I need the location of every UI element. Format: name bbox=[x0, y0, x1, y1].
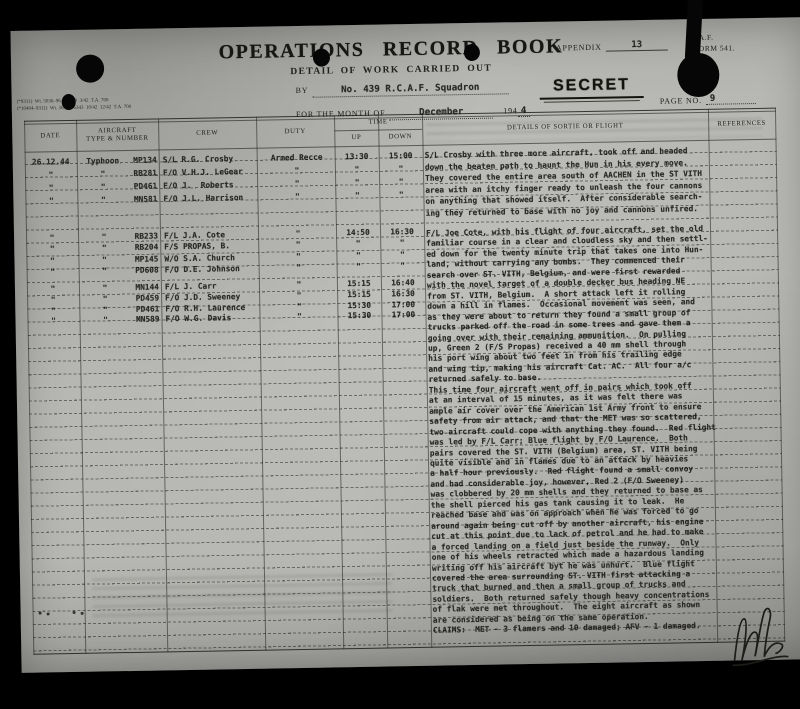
col-header-crew: Crew bbox=[158, 117, 257, 150]
col-header-duty: Duty bbox=[256, 115, 335, 147]
secret-stamp: SECRET bbox=[531, 76, 651, 96]
photographed-document: { "header": { "title": "OPERATIONS RECOR… bbox=[0, 0, 800, 709]
record-book-page: (*9311) Wt. 5036–96 66,000 3/42 T.A. 700… bbox=[10, 17, 800, 673]
form-number: A.F.ORM 541. bbox=[699, 31, 785, 54]
col-header-date: Date bbox=[24, 120, 77, 152]
ink-speck bbox=[47, 612, 50, 615]
ink-speck bbox=[39, 612, 42, 615]
bleed-through-text bbox=[92, 566, 393, 623]
secret-stamp-underline bbox=[540, 96, 644, 100]
col-header-down: Down bbox=[378, 129, 422, 146]
sortie-table: Date AircraftType & Number Crew Duty Tim… bbox=[24, 108, 785, 655]
sortie-details-text-2: F/L Joe Cote, with his flight of four ai… bbox=[426, 224, 723, 637]
squadron-field: By No. 439 R.C.A.F. Squadron bbox=[295, 76, 508, 98]
page-number-value: 9 bbox=[706, 93, 756, 105]
appendix-field: Appendix 13 bbox=[556, 36, 668, 56]
page-number-label: Page No. bbox=[660, 96, 702, 106]
table-border bbox=[33, 641, 785, 656]
secret-stamp-underline bbox=[544, 100, 640, 103]
appendix-label: Appendix bbox=[556, 43, 602, 53]
squadron-value: No. 439 R.C.A.F. Squadron bbox=[312, 81, 508, 97]
signature-scribble bbox=[721, 603, 794, 668]
sortie-details-text-1: S/L Crosby with three more aircraft, too… bbox=[425, 145, 716, 220]
col-header-time: Time bbox=[334, 114, 422, 131]
hole-punch-icon bbox=[76, 54, 104, 82]
col-header-aircraft: AircraftType & Number bbox=[76, 118, 159, 150]
ink-speck bbox=[81, 612, 84, 615]
col-header-references: References bbox=[708, 108, 776, 140]
appendix-value: 13 bbox=[606, 40, 668, 52]
col-header-details: Details of Sortie or Flight bbox=[422, 109, 708, 145]
hole-punch-icon bbox=[313, 48, 330, 66]
by-label: By bbox=[295, 86, 308, 95]
ink-speck bbox=[73, 611, 76, 614]
col-header-up: Up bbox=[334, 130, 378, 147]
